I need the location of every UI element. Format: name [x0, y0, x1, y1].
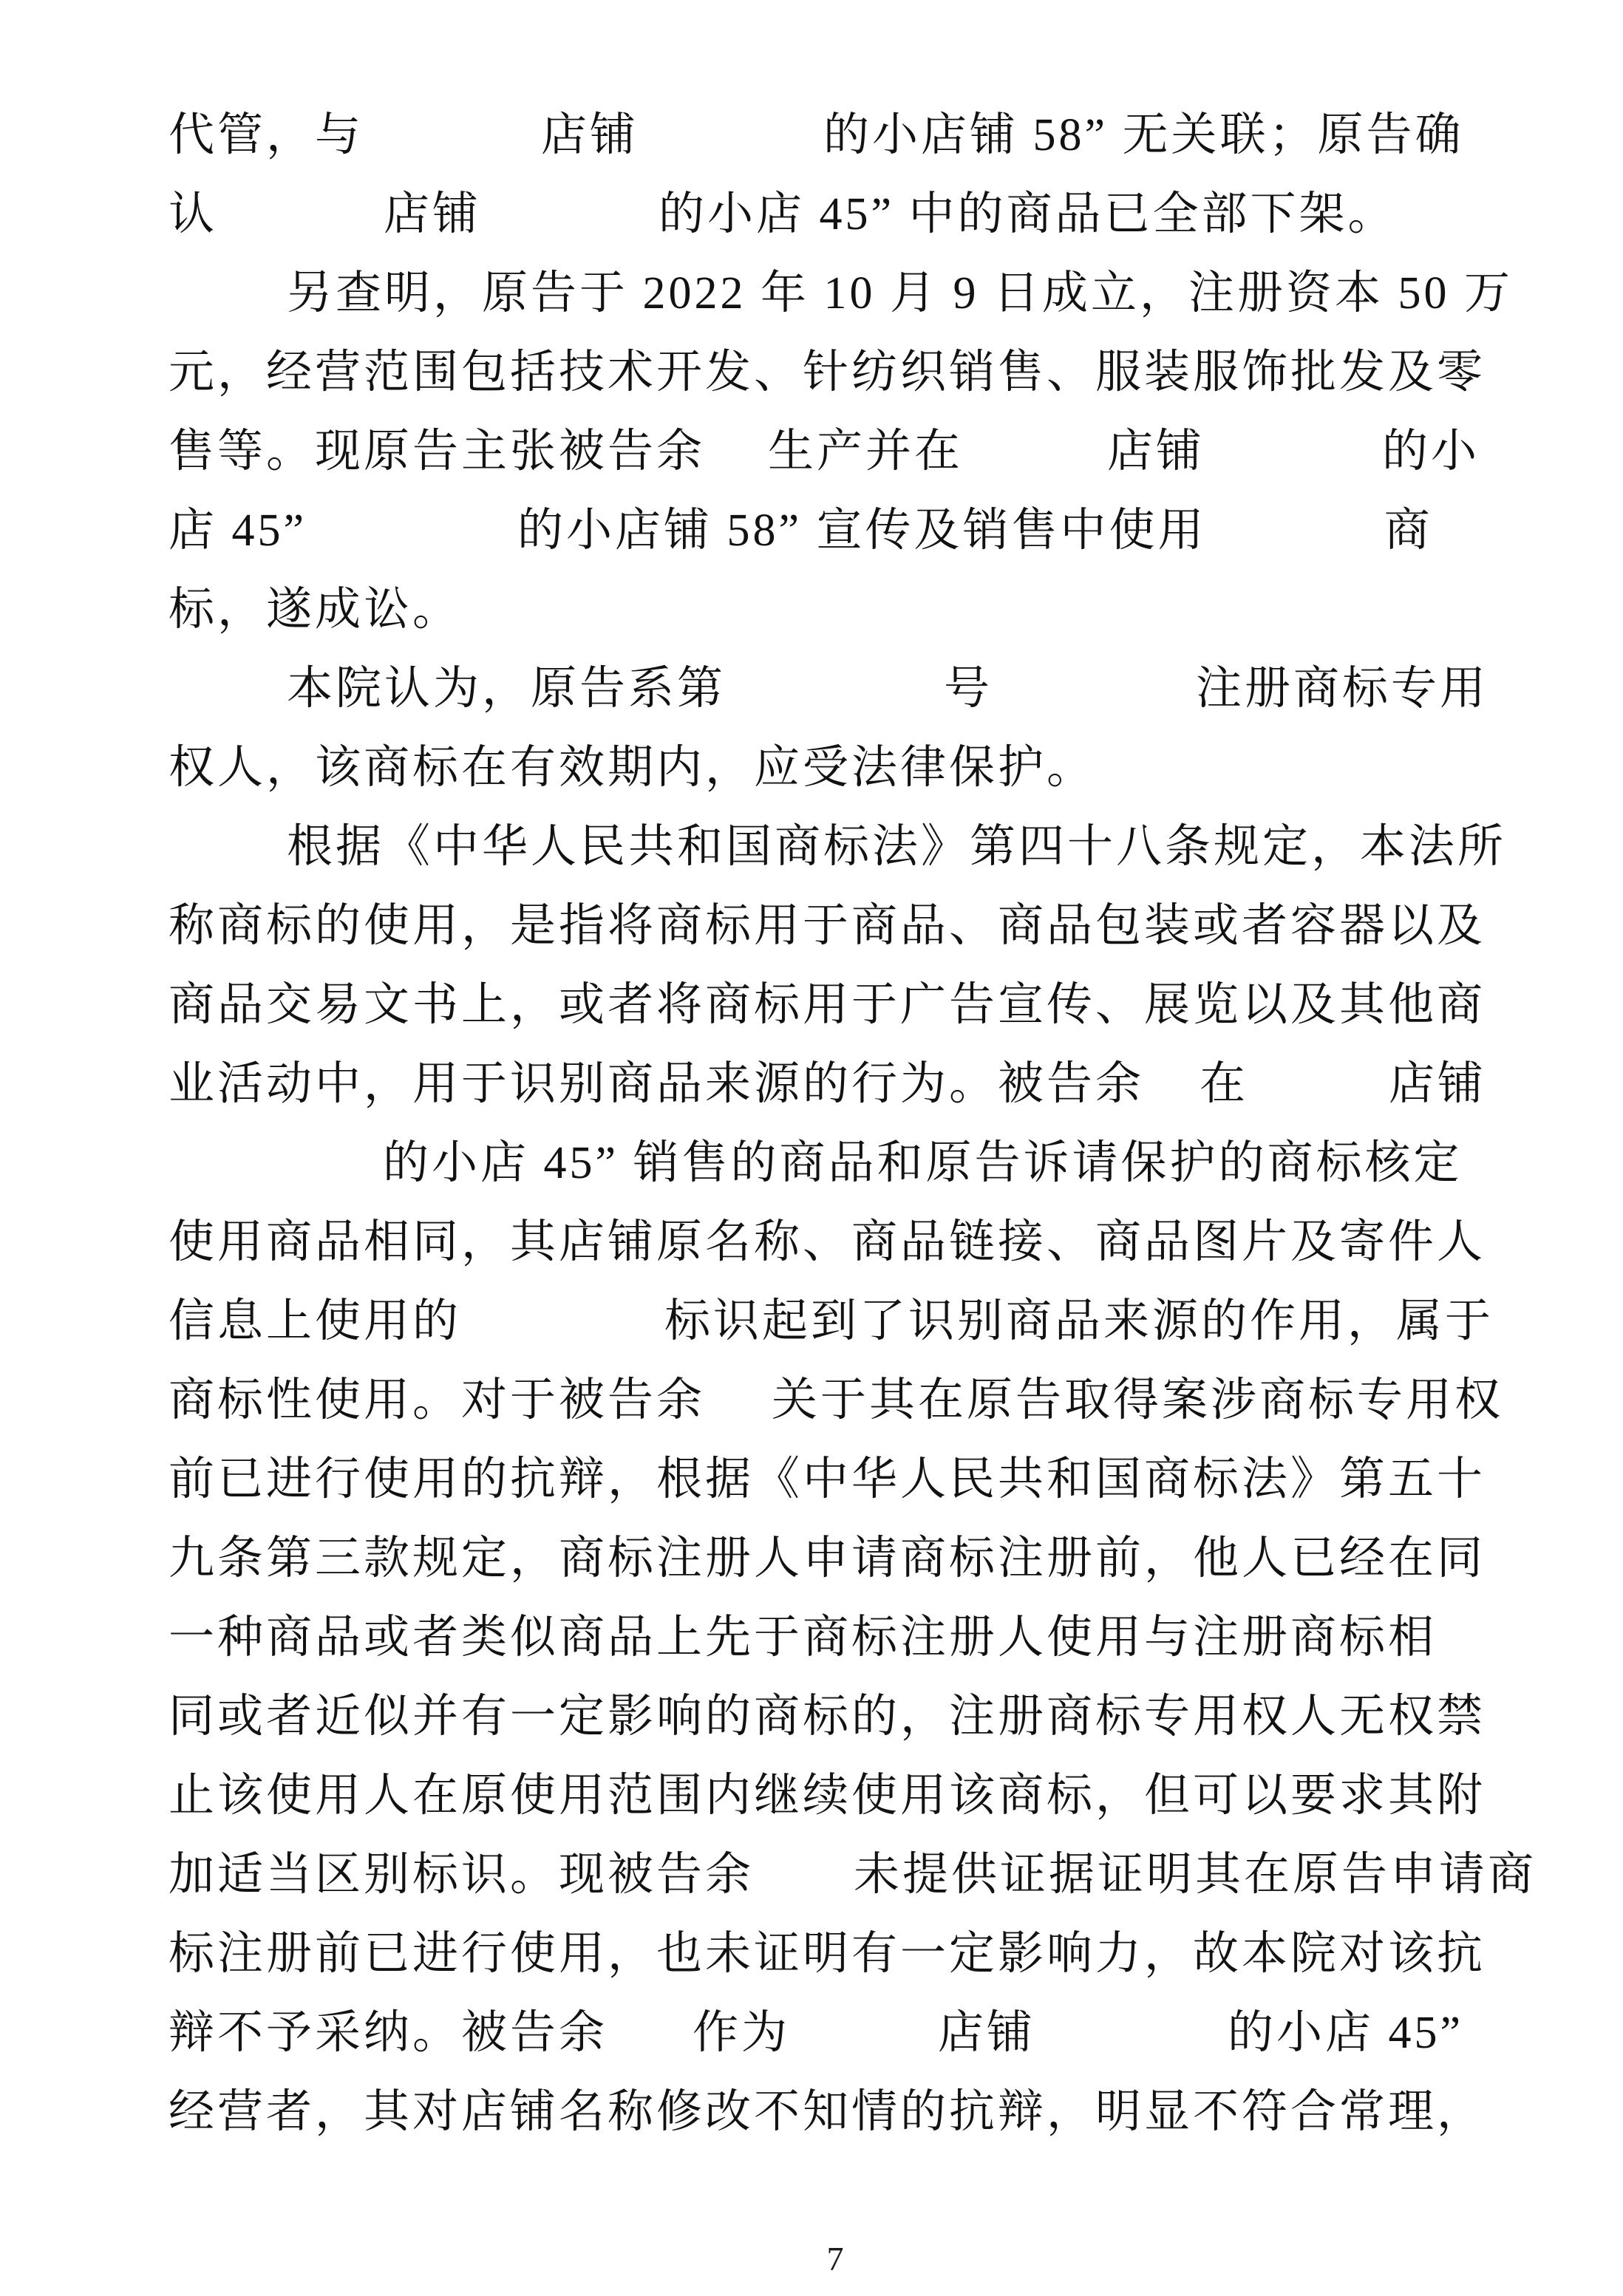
text-line: 经营者，其对店铺名称修改不知情的抗辩，明显不符合常理，	[169, 2073, 1521, 2152]
text-segment: 的小店铺 58” 无关联；原告确	[823, 110, 1464, 160]
text-segment: 店铺	[541, 110, 639, 160]
redacted-gap	[1144, 1085, 1200, 1092]
text-line: 商标性使用。对于被告余关于其在原告取得案涉商标专用权	[169, 1361, 1521, 1440]
redacted-gap	[461, 1322, 664, 1329]
redacted-gap	[217, 215, 384, 222]
judgment-text-block: 代管，与店铺的小店铺 58” 无关联；原告确认店铺的小店 45” 中的商品已全部…	[169, 96, 1521, 2152]
redacted-gap	[726, 689, 944, 697]
text-segment: 的小店 45”	[1228, 2008, 1463, 2058]
text-segment: 止该使用人在原使用范围内继续使用该商标，但可以要求其附	[169, 1771, 1486, 1821]
page-number: 7	[0, 2239, 1623, 2278]
text-segment: 未提供证据证明其在原告申请商	[854, 1850, 1537, 1900]
text-segment: 根据《中华人民共和国商标法》第四十八条规定，本法所	[287, 822, 1506, 872]
redacted-gap	[705, 1401, 772, 1408]
text-segment: 另查明，原告于 2022 年 10 月 9 日成立，注册资本 50 万	[287, 268, 1513, 318]
text-segment: 代管，与	[169, 110, 364, 160]
text-segment: 作为	[693, 2008, 790, 2058]
text-line: 权人，该商标在有效期内，应受法律保护。	[169, 729, 1521, 808]
text-segment: 店 45”	[169, 505, 307, 556]
redacted-gap	[364, 136, 541, 143]
text-segment: 在	[1200, 1059, 1248, 1109]
text-segment: 标注册前已进行使用，也未证明有一定影响力，故本院对该抗	[169, 1929, 1486, 1979]
text-segment: 标识起到了识别商品来源的作用，属于	[664, 1296, 1494, 1346]
redacted-gap	[1207, 531, 1384, 539]
text-segment: 商	[1384, 505, 1433, 556]
redacted-gap	[1205, 452, 1382, 460]
text-segment: 辩不予采纳。被告余	[169, 2008, 608, 2058]
redacted-gap	[481, 215, 659, 222]
text-line: 使用商品相同，其店铺原名称、商品链接、商品图片及寄件人	[169, 1203, 1521, 1282]
text-line: 的小店 45” 销售的商品和原告诉请保护的商标核定	[169, 1124, 1521, 1203]
text-segment: 认	[169, 189, 217, 239]
text-segment: 信息上使用的	[169, 1296, 461, 1346]
text-segment: 店铺	[938, 2008, 1035, 2058]
text-line: 称商标的使用，是指将商标用于商品、商品包装或者容器以及	[169, 887, 1521, 966]
redacted-gap	[639, 136, 823, 143]
text-segment: 售等。现原告主张被告余	[169, 426, 705, 477]
text-line: 根据《中华人民共和国商标法》第四十八条规定，本法所	[169, 808, 1521, 887]
text-segment: 同或者近似并有一定影响的商标的，注册商标专用权人无权禁	[169, 1692, 1486, 1742]
redacted-gap	[169, 689, 287, 697]
text-line: 辩不予采纳。被告余作为店铺的小店 45”	[169, 1994, 1521, 2073]
text-line: 标注册前已进行使用，也未证明有一定影响力，故本院对该抗	[169, 1915, 1521, 1994]
text-segment: 商品交易文书上，或者将商标用于广告宣传、展览以及其他商	[169, 980, 1486, 1030]
text-line: 商品交易文书上，或者将商标用于广告宣传、展览以及其他商	[169, 966, 1521, 1045]
text-line: 代管，与店铺的小店铺 58” 无关联；原告确	[169, 96, 1521, 175]
text-line: 止该使用人在原使用范围内继续使用该商标，但可以要求其附	[169, 1757, 1521, 1836]
redacted-gap	[993, 689, 1196, 697]
text-segment: 关于其在原告取得案涉商标专用权	[772, 1375, 1503, 1425]
text-segment: 的小店铺 58” 宣传及销售中使用	[517, 505, 1207, 556]
text-segment: 业活动中，用于识别商品来源的行为。被告余	[169, 1059, 1144, 1109]
text-segment: 标，遂成讼。	[169, 585, 461, 635]
text-segment: 九条第三款规定，商标注册人申请商标注册前，他人已经在同	[169, 1533, 1486, 1584]
text-line: 售等。现原告主张被告余生产并在店铺的小	[169, 412, 1521, 491]
text-line: 九条第三款规定，商标注册人申请商标注册前，他人已经在同	[169, 1519, 1521, 1598]
document-page: 代管，与店铺的小店铺 58” 无关联；原告确认店铺的小店 45” 中的商品已全部…	[0, 0, 1623, 2296]
text-segment: 店铺	[384, 189, 481, 239]
redacted-gap	[705, 452, 768, 460]
redacted-gap	[169, 294, 287, 302]
text-line: 另查明，原告于 2022 年 10 月 9 日成立，注册资本 50 万	[169, 254, 1521, 333]
redacted-gap	[1035, 2034, 1228, 2041]
redacted-gap	[963, 452, 1107, 460]
redacted-gap	[169, 1164, 383, 1171]
text-line: 认店铺的小店 45” 中的商品已全部下架。	[169, 175, 1521, 254]
text-line: 同或者近似并有一定影响的商标的，注册商标专用权人无权禁	[169, 1677, 1521, 1757]
text-line: 本院认为，原告系第号注册商标专用	[169, 650, 1521, 729]
text-segment: 前已进行使用的抗辩，根据《中华人民共和国商标法》第五十	[169, 1454, 1486, 1505]
text-line: 信息上使用的标识起到了识别商品来源的作用，属于	[169, 1282, 1521, 1361]
text-segment: 权人，该商标在有效期内，应受法律保护。	[169, 743, 1095, 793]
text-segment: 的小店 45” 销售的商品和原告诉请保护的商标核定	[383, 1138, 1463, 1188]
redacted-gap	[307, 531, 517, 539]
text-segment: 的小	[1382, 426, 1480, 477]
redacted-gap	[790, 2034, 938, 2041]
text-segment: 号	[944, 664, 993, 714]
redacted-gap	[608, 2034, 693, 2041]
text-segment: 一种商品或者类似商品上先于商标注册人使用与注册商标相	[169, 1612, 1437, 1663]
text-segment: 店铺	[1107, 426, 1205, 477]
redacted-gap	[1248, 1085, 1389, 1092]
text-segment: 的小店 45” 中的商品已全部下架。	[659, 189, 1397, 239]
text-line: 标，遂成讼。	[169, 570, 1521, 650]
text-segment: 经营者，其对店铺名称修改不知情的抗辩，明显不符合常理，	[169, 2087, 1486, 2137]
redacted-gap	[754, 1876, 854, 1883]
text-line: 元，经营范围包括技术开发、针纺织销售、服装服饰批发及零	[169, 333, 1521, 412]
text-segment: 元，经营范围包括技术开发、针纺织销售、服装服饰批发及零	[169, 347, 1486, 398]
text-segment: 加适当区别标识。现被告余	[169, 1850, 754, 1900]
text-segment: 称商标的使用，是指将商标用于商品、商品包装或者容器以及	[169, 901, 1486, 951]
text-segment: 使用商品相同，其店铺原名称、商品链接、商品图片及寄件人	[169, 1217, 1486, 1267]
text-segment: 注册商标专用	[1196, 664, 1488, 714]
text-segment: 本院认为，原告系第	[287, 664, 726, 714]
text-line: 业活动中，用于识别商品来源的行为。被告余在店铺	[169, 1045, 1521, 1124]
text-segment: 商标性使用。对于被告余	[169, 1375, 705, 1425]
text-line: 一种商品或者类似商品上先于商标注册人使用与注册商标相	[169, 1598, 1521, 1677]
redacted-gap	[169, 848, 287, 855]
text-line: 店 45”的小店铺 58” 宣传及销售中使用商	[169, 491, 1521, 570]
text-line: 前已进行使用的抗辩，根据《中华人民共和国商标法》第五十	[169, 1440, 1521, 1519]
text-segment: 店铺	[1389, 1059, 1486, 1109]
text-line: 加适当区别标识。现被告余未提供证据证明其在原告申请商	[169, 1836, 1521, 1915]
text-segment: 生产并在	[768, 426, 963, 477]
